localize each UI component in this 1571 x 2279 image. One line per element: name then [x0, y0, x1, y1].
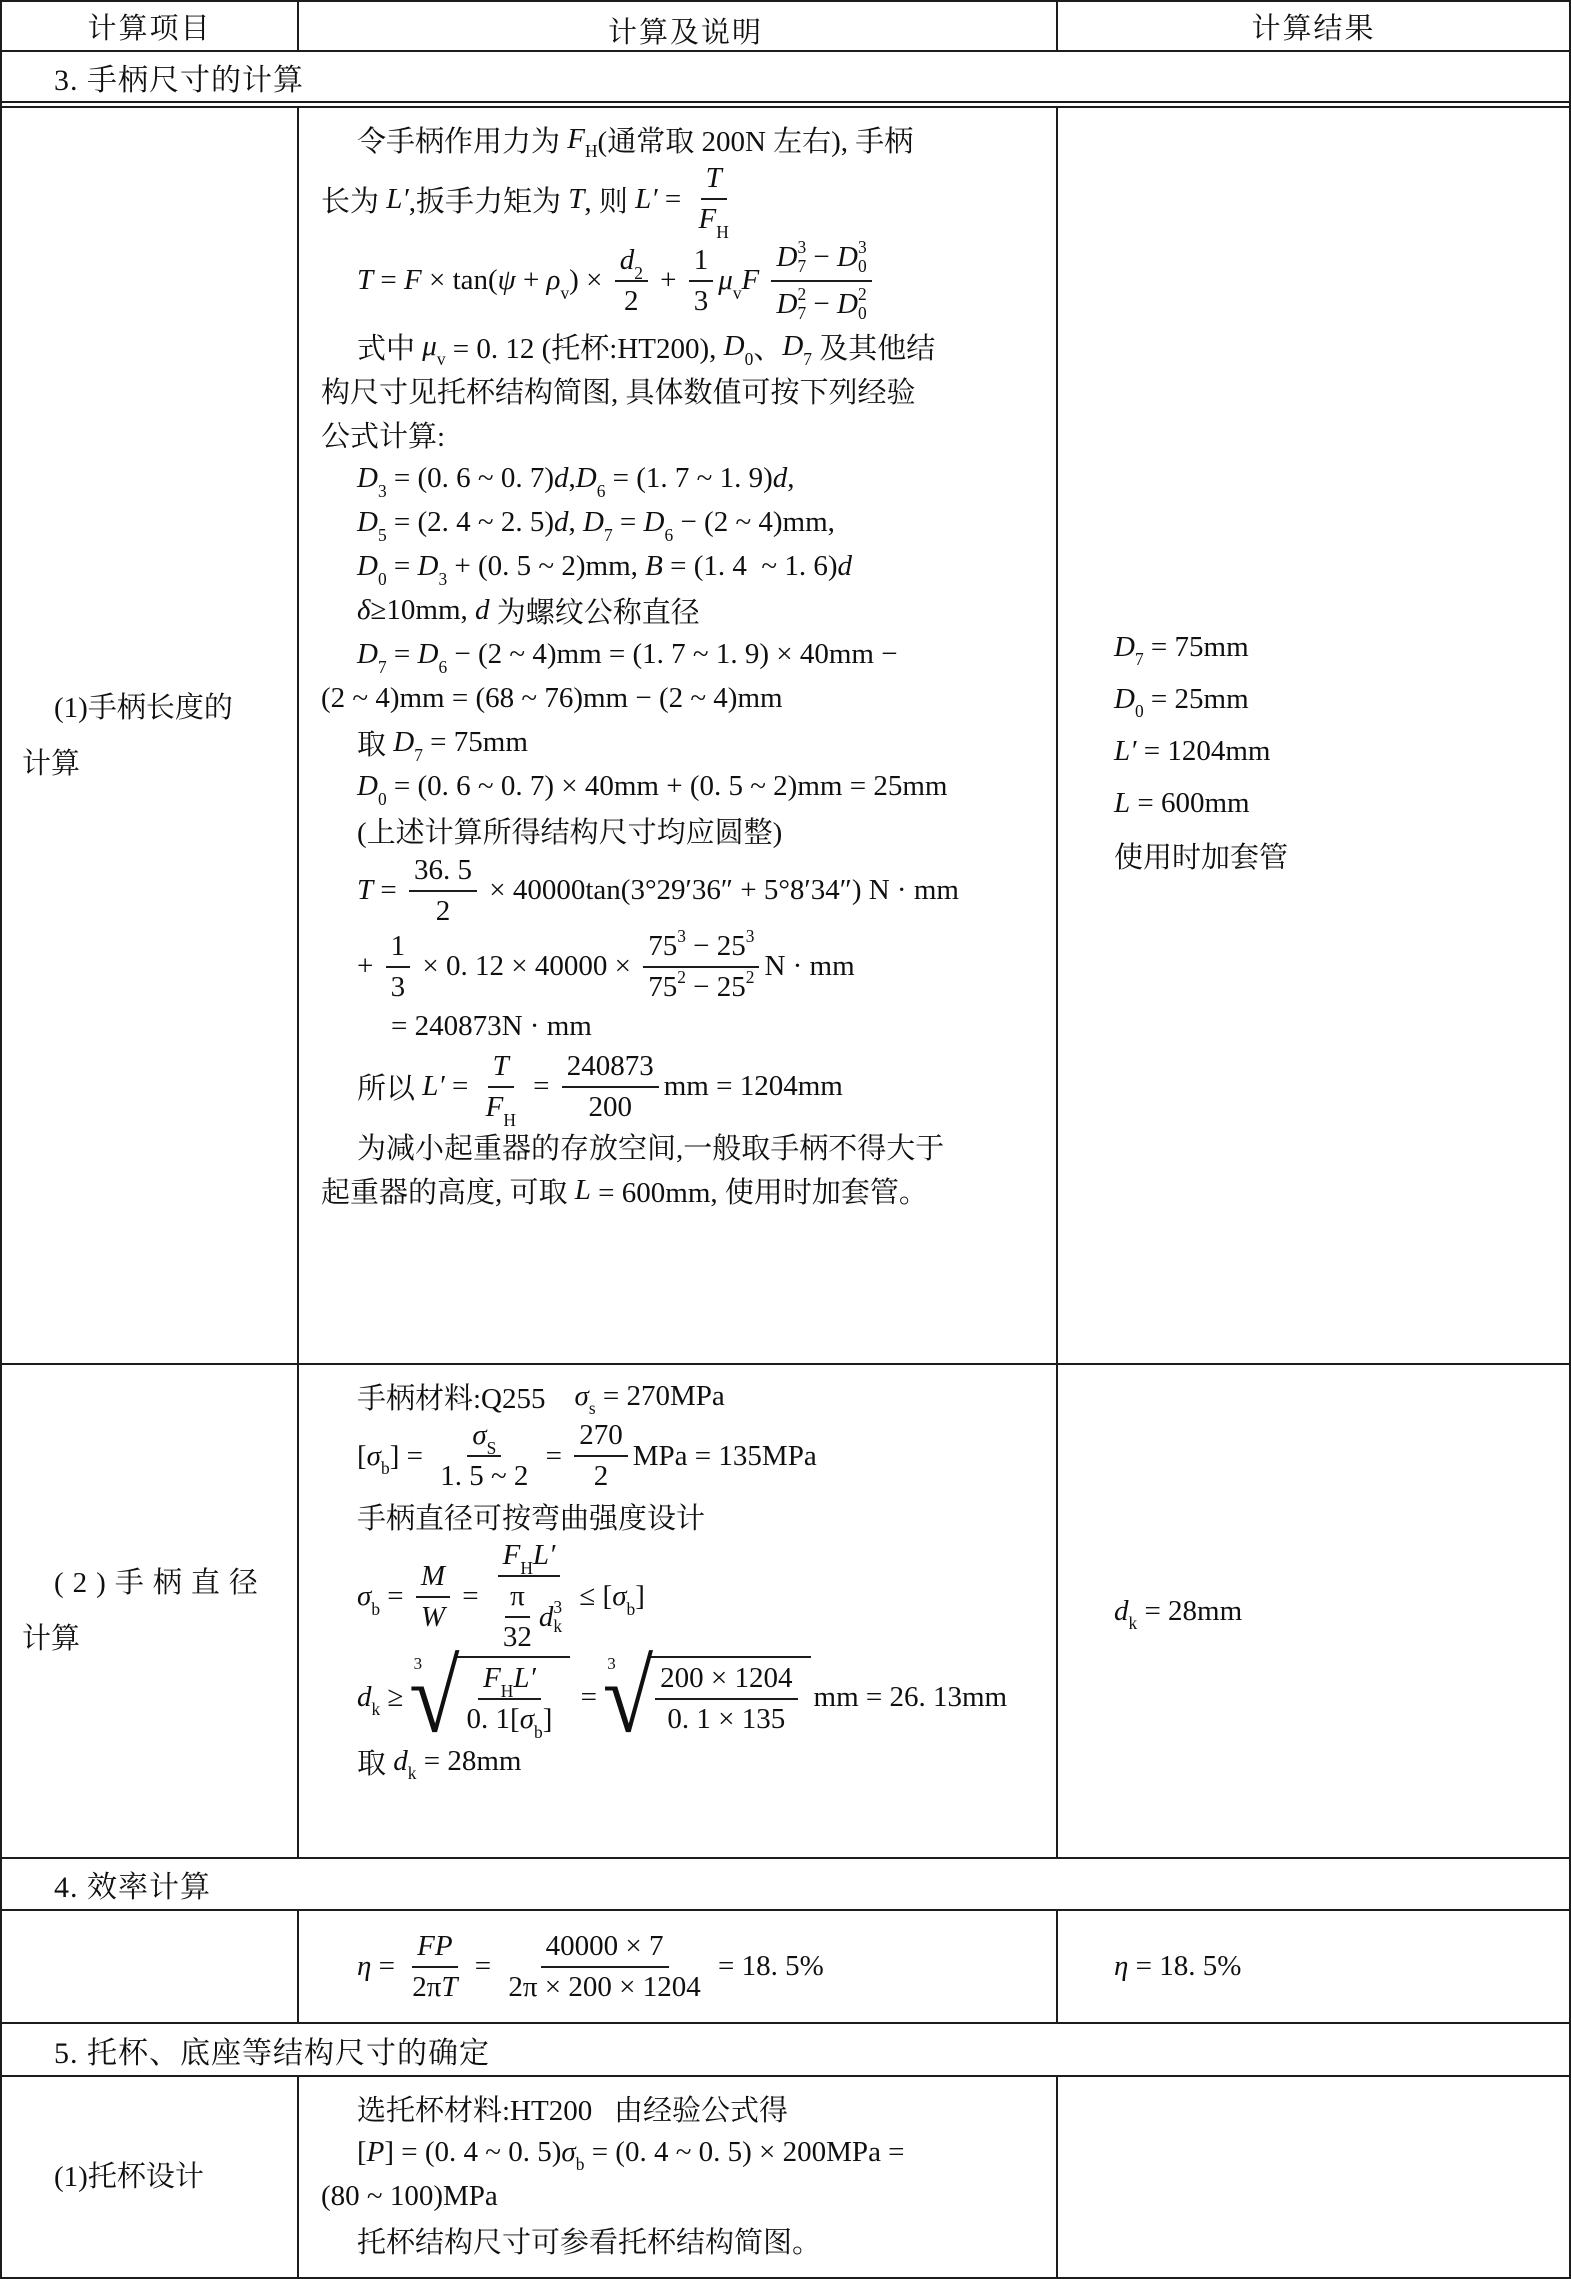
formula-line: + 13 × 0. 12 × 40000 × 753 − 253752 − 25… — [357, 930, 1050, 1004]
header-col-result-label: 计算结果 — [1251, 6, 1375, 47]
formula-line: (2 ~ 4)mm = (68 ~ 76)mm − (2 ~ 4)mm — [321, 678, 1050, 720]
item-label-line: 计算 — [22, 736, 297, 792]
formula-line: 起重器的高度, 可取 L = 600mm, 使用时加套管。 — [321, 1170, 1050, 1212]
formula-line: 手柄材料:Q255 σs = 270MPa — [357, 1375, 1050, 1417]
header-col-result: 计算结果 — [1056, 2, 1569, 50]
table-row-efficiency-calc: η = FP2πT = 40000 × 72π × 200 × 1204 = 1… — [2, 1911, 1569, 2024]
formula-line: 所以 L′ = TFH = 240873200mm = 1204mm — [357, 1050, 1050, 1124]
formula-line: δ≥10mm, d 为螺纹公称直径 — [357, 590, 1050, 632]
formula-line: T = F × tan(ψ + ρv) × d22 + 13μvF D37 − … — [357, 238, 1050, 324]
table-row-handle-length: (1)手柄长度的 计算 令手柄作用力为 FH(通常取 200N 左右), 手柄长… — [2, 108, 1569, 1365]
formula-line: L = 600mm — [1114, 778, 1569, 828]
formula-line: 构尺寸见托杯结构简图, 具体数值可按下列经验 — [321, 370, 1050, 412]
item-label-line: (1)托杯设计 — [22, 2149, 297, 2205]
header-col-calc: 计算及说明 — [297, 2, 1056, 50]
row2-calc-cell: 手柄材料:Q255 σs = 270MPa[σb] = σS1. 5 ~ 2 =… — [297, 1365, 1056, 1857]
row1-calc-cell: 令手柄作用力为 FH(通常取 200N 左右), 手柄长为 L′,扳手力矩为 T… — [297, 108, 1056, 1363]
formula-line: σb = MW = FHL′π32d3k ≤ [σb] — [357, 1539, 1050, 1654]
header-col-item: 计算项目 — [2, 2, 297, 50]
formula-line: D0 = D3 + (0. 5 ~ 2)mm, B = (1. 4 ~ 1. 6… — [357, 546, 1050, 588]
header-col-item-label: 计算项目 — [87, 6, 211, 47]
formula-line: D5 = (2. 4 ~ 2. 5)d, D7 = D6 − (2 ~ 4)mm… — [357, 502, 1050, 544]
formula-line: 托杯结构尺寸可参看托杯结构简图。 — [357, 2219, 1050, 2261]
formula-line: 为减小起重器的存放空间,一般取手柄不得大于 — [357, 1126, 1050, 1168]
formula-line: D0 = 25mm — [1114, 674, 1569, 724]
row3-item-cell — [2, 1911, 297, 2022]
table-row-handle-diameter: (2)手柄直径 计算 手柄材料:Q255 σs = 270MPa[σb] = σ… — [2, 1365, 1569, 1859]
item-label-line: (2)手柄直径 — [22, 1555, 297, 1611]
calc-table: 计算项目 计算及说明 计算结果 3. 手柄尺寸的计算 (1)手柄长度的 计算 令… — [0, 0, 1571, 2279]
formula-line: dk ≥ 3√FHL′0. 1[σb] = 3√200 × 12040. 1 ×… — [357, 1656, 1050, 1738]
formula-line: 式中 μv = 0. 12 (托杯:HT200), D0、D7 及其他结 — [357, 326, 1050, 368]
item-label-line: 计算 — [22, 1611, 297, 1667]
formula-line: 令手柄作用力为 FH(通常取 200N 左右), 手柄 — [357, 118, 1050, 160]
row4-result-cell — [1056, 2077, 1569, 2277]
formula-line: 选托杯材料:HT200 由经验公式得 — [357, 2087, 1050, 2129]
section-row-handle-size: 3. 手柄尺寸的计算 — [2, 52, 1569, 108]
section-row-cup-base: 5. 托杯、底座等结构尺寸的确定 — [2, 2024, 1569, 2077]
formula-line: η = FP2πT = 40000 × 72π × 200 × 1204 = 1… — [357, 1930, 1050, 2004]
formula-line: 取 D7 = 75mm — [357, 722, 1050, 764]
row3-result-cell: η = 18. 5% — [1056, 1911, 1569, 2022]
row4-calc-cell: 选托杯材料:HT200 由经验公式得[P] = (0. 4 ~ 0. 5)σb … — [297, 2077, 1056, 2277]
row2-result-cell: dk = 28mm — [1056, 1365, 1569, 1857]
formula-line: 手柄直径可按弯曲强度设计 — [357, 1495, 1050, 1537]
section-title: 3. 手柄尺寸的计算 — [54, 55, 304, 99]
formula-line: [P] = (0. 4 ~ 0. 5)σb = (0. 4 ~ 0. 5) × … — [357, 2131, 1050, 2173]
row4-item-cell: (1)托杯设计 — [2, 2077, 297, 2277]
formula-line: D0 = (0. 6 ~ 0. 7) × 40mm + (0. 5 ~ 2)mm… — [357, 766, 1050, 808]
formula-line: 长为 L′,扳手力矩为 T, 则 L′ = TFH — [321, 162, 1050, 236]
formula-line: T = 36. 52 × 40000tan(3°29′36″ + 5°8′34″… — [357, 854, 1050, 928]
formula-line: (80 ~ 100)MPa — [321, 2175, 1050, 2217]
row1-item-cell: (1)手柄长度的 计算 — [2, 108, 297, 1363]
table-row-cup-design: (1)托杯设计 选托杯材料:HT200 由经验公式得[P] = (0. 4 ~ … — [2, 2077, 1569, 2277]
formula-line: D7 = D6 − (2 ~ 4)mm = (1. 7 ~ 1. 9) × 40… — [357, 634, 1050, 676]
formula-line: dk = 28mm — [1114, 1590, 1569, 1632]
formula-line: D3 = (0. 6 ~ 0. 7)d,D6 = (1. 7 ~ 1. 9)d, — [357, 458, 1050, 500]
section-row-efficiency: 4. 效率计算 — [2, 1859, 1569, 1911]
row1-result-cell: D7 = 75mmD0 = 25mmL′ = 1204mmL = 600mm使用… — [1056, 108, 1569, 1363]
header-col-calc-label: 计算及说明 — [608, 10, 763, 51]
section-title: 5. 托杯、底座等结构尺寸的确定 — [54, 2028, 490, 2072]
item-label-line: (1)手柄长度的 — [22, 680, 297, 736]
formula-line: (上述计算所得结构尺寸均应圆整) — [357, 810, 1050, 852]
section-title: 4. 效率计算 — [54, 1862, 211, 1906]
formula-line: [σb] = σS1. 5 ~ 2 = 2702MPa = 135MPa — [357, 1419, 1050, 1493]
row2-item-cell: (2)手柄直径 计算 — [2, 1365, 297, 1857]
formula-line: = 240873N · mm — [391, 1006, 1050, 1048]
formula-line: D7 = 75mm — [1114, 622, 1569, 672]
formula-line: L′ = 1204mm — [1114, 726, 1569, 776]
formula-line: η = 18. 5% — [1114, 1946, 1569, 1988]
table-header-row: 计算项目 计算及说明 计算结果 — [2, 2, 1569, 52]
formula-line: 取 dk = 28mm — [357, 1740, 1050, 1782]
row3-calc-cell: η = FP2πT = 40000 × 72π × 200 × 1204 = 1… — [297, 1911, 1056, 2022]
formula-line: 公式计算: — [321, 414, 1050, 456]
formula-line: 使用时加套管 — [1114, 830, 1569, 880]
